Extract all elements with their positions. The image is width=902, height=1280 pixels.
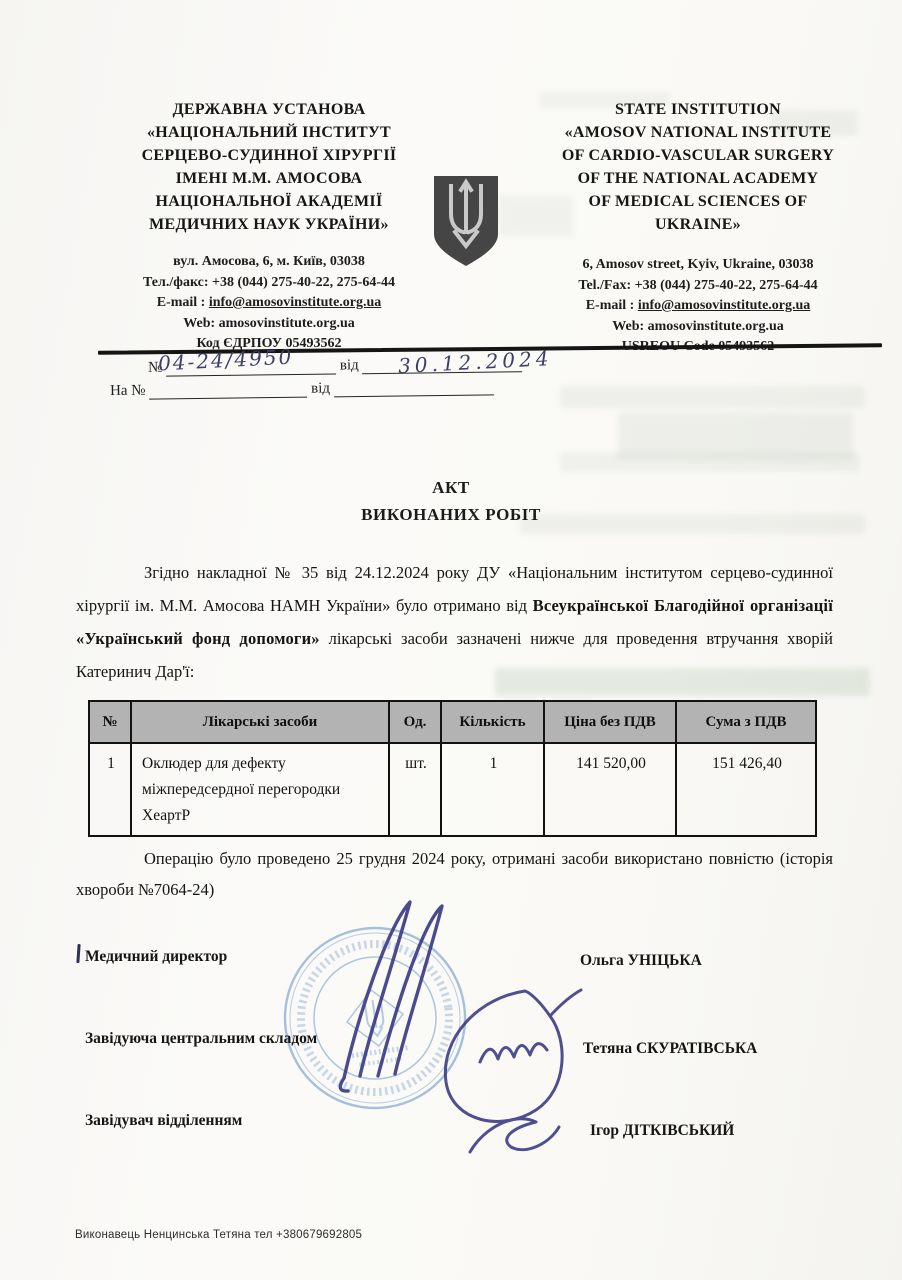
title-line: UKRAINE» [512, 213, 884, 236]
cell-item-name: Оклюдер для дефекту міжпередсердної пере… [131, 743, 389, 836]
signature-role-warehouse-head: Завідуюча центральним складом [85, 1030, 317, 1048]
cell-num: 1 [89, 743, 131, 836]
email-label: E-mail : [586, 298, 638, 313]
email-label: E-mail : [157, 295, 209, 310]
table-row: 1 Оклюдер для дефекту міжпередсердної пе… [89, 743, 816, 836]
email-line: E-mail : info@amosovinstitute.org.ua [80, 293, 458, 314]
address-line: вул. Амосова, 6, м. Київ, 03038 [80, 252, 458, 273]
bleed-through-mark [560, 452, 860, 472]
title-line: ІМЕНІ М.М. АМОСОВА [80, 167, 458, 190]
address-line: Тел./факс: +38 (044) 275-40-22, 275-64-4… [80, 273, 458, 294]
institution-title-en: STATE INSTITUTION «AMOSOV NATIONAL INSTI… [512, 98, 884, 236]
institution-title-ua: ДЕРЖАВНА УСТАНОВА «НАЦІОНАЛЬНИЙ ІНСТИТУТ… [80, 98, 458, 236]
address-line: Tel./Fax: +38 (044) 275-40-22, 275-64-44 [512, 276, 884, 297]
document-title-line2: ВИКОНАНИХ РОБІТ [0, 501, 902, 528]
cell-price: 141 520,00 [544, 743, 676, 836]
title-line: OF CARDIO-VASCULAR SURGERY [512, 144, 884, 167]
col-header-price-novat: Ціна без ПДВ [544, 701, 676, 743]
title-line: OF MEDICAL SCIENCES OF [512, 190, 884, 213]
web-line: Web: amosovinstitute.org.ua [80, 314, 458, 335]
col-header-num: № [89, 701, 131, 743]
title-line: «НАЦІОНАЛЬНИЙ ІНСТИТУТ [80, 121, 458, 144]
cell-unit: шт. [389, 743, 441, 836]
title-line: СЕРЦЕВО-СУДИННОЇ ХІРУРГІЇ [80, 144, 458, 167]
col-header-unit: Од. [389, 701, 441, 743]
ref-vid-label: від [340, 357, 359, 373]
items-table: № Лікарські засоби Од. Кількість Ціна бе… [88, 700, 817, 837]
title-line: OF THE NATIONAL ACADEMY [512, 167, 884, 190]
title-line: STATE INSTITUTION [512, 98, 884, 121]
title-line: ДЕРЖАВНА УСТАНОВА [80, 98, 458, 121]
intro-paragraph: Згідно накладної № 35 від 24.12.2024 рок… [76, 556, 833, 688]
col-header-quantity: Кількість [441, 701, 544, 743]
signature-role-department-head: Завідувач відділенням [85, 1112, 242, 1130]
na-date-line [334, 377, 494, 397]
na-no-line [149, 380, 307, 400]
ref-incoming-row: На № від [110, 376, 610, 400]
document-title: АКТ ВИКОНАНИХ РОБІТ [0, 474, 902, 528]
col-header-medicines: Лікарські засоби [131, 701, 389, 743]
signature-name-medical-director: Ольга УНІЦЬКА [580, 952, 702, 970]
stray-ink-mark [76, 944, 80, 963]
handwritten-signatures [300, 876, 620, 1181]
title-line: НАЦІОНАЛЬНОЇ АКАДЕМІЇ [80, 190, 458, 213]
title-line: МЕДИЧНИХ НАУК УКРАЇНИ» [80, 213, 458, 236]
email-link: info@amosovinstitute.org.ua [638, 298, 810, 313]
address-line: 6, Amosov street, Kyiv, Ukraine, 03038 [512, 255, 884, 276]
table-header-row: № Лікарські засоби Од. Кількість Ціна бе… [89, 701, 816, 743]
email-line: E-mail : info@amosovinstitute.org.ua [512, 296, 884, 317]
na-vid-label: від [311, 380, 330, 396]
signature-name-department-head: Ігор ДІТКІВСЬКИЙ [590, 1122, 734, 1140]
address-block-en: 6, Amosov street, Kyiv, Ukraine, 03038 T… [512, 255, 884, 358]
cell-qty: 1 [441, 743, 544, 836]
cell-sum: 151 426,40 [676, 743, 816, 836]
signature-name-warehouse-head: Тетяна СКУРАТІВСЬКА [583, 1040, 757, 1058]
web-line: Web: amosovinstitute.org.ua [512, 317, 884, 338]
document-title-line1: АКТ [0, 474, 902, 501]
address-block-ua: вул. Амосова, 6, м. Київ, 03038 Тел./фак… [80, 252, 458, 355]
signature-role-medical-director: Медичний директор [85, 948, 227, 966]
col-header-sum-vat: Сума з ПДВ [676, 701, 816, 743]
scanned-document-page: ДЕРЖАВНА УСТАНОВА «НАЦІОНАЛЬНИЙ ІНСТИТУТ… [0, 0, 902, 1280]
executor-footer: Виконавець Ненцинська Тетяна тел +380679… [75, 1229, 362, 1241]
na-no-label: На № [110, 383, 146, 399]
email-link: info@amosovinstitute.org.ua [209, 295, 381, 310]
title-line: «AMOSOV NATIONAL INSTITUTE [512, 121, 884, 144]
